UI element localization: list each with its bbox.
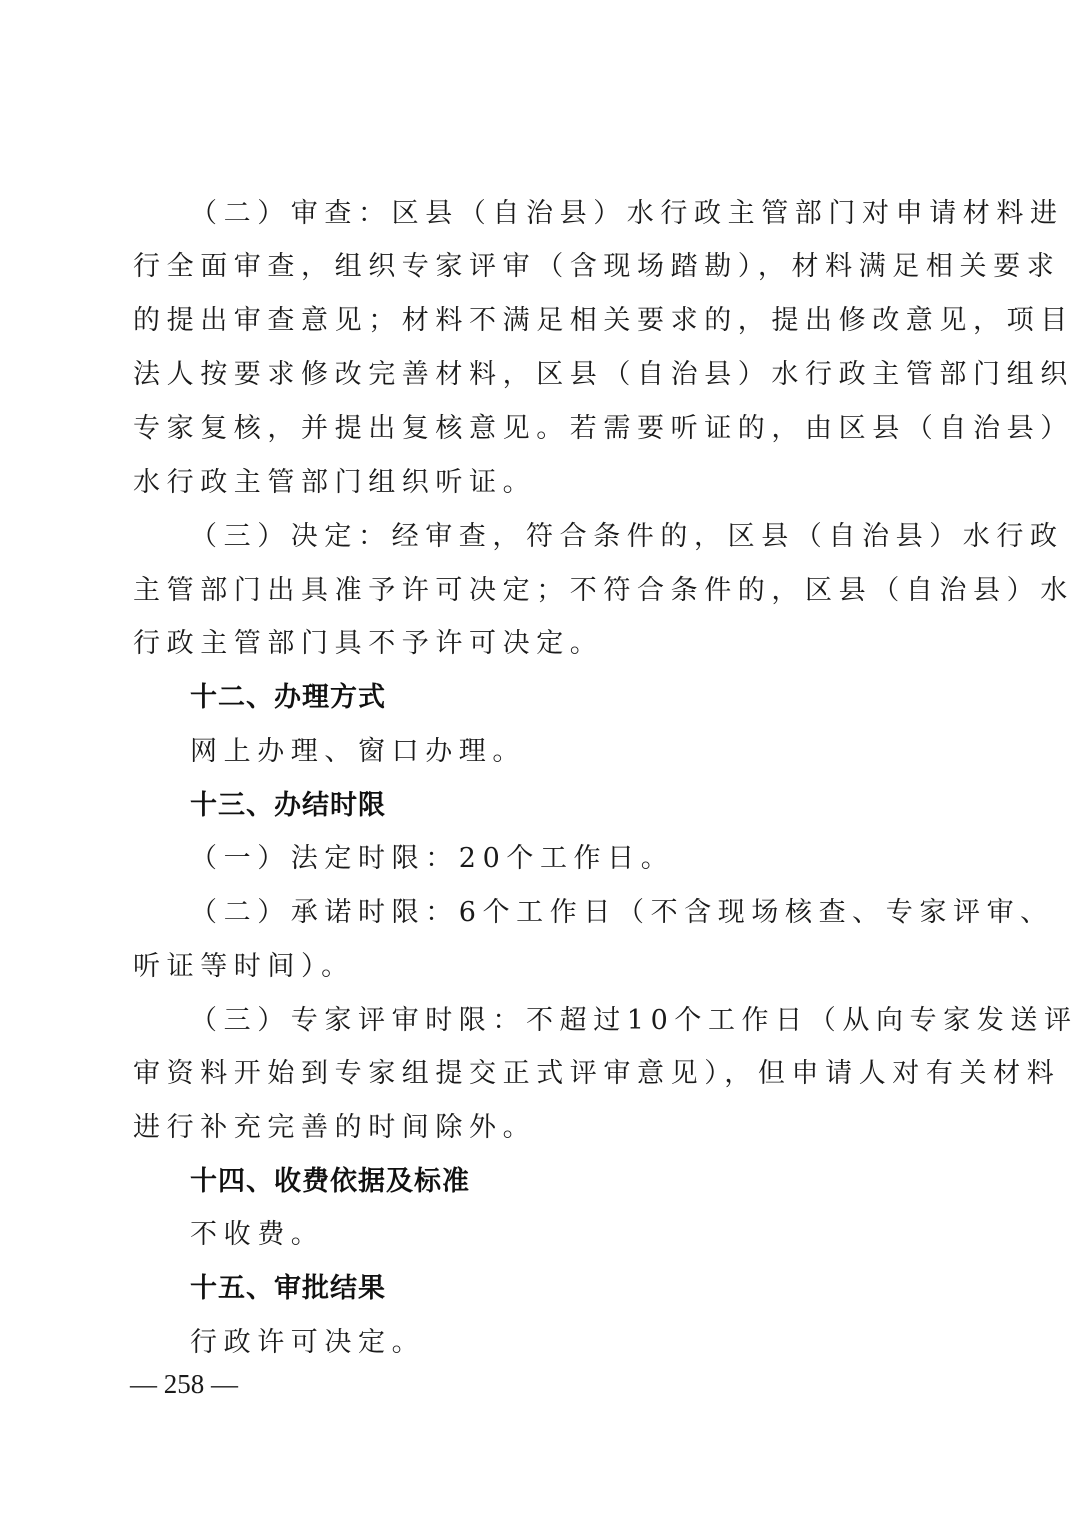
section-12-heading: 十二、办理方式 — [190, 671, 386, 725]
paragraph-review-line-1: （二）审查：区县（自治县）水行政主管部门对申请材料进 — [190, 187, 945, 241]
paragraph-decision-line-1: （三）决定：经审查，符合条件的，区县（自治县）水行政 — [190, 510, 945, 564]
section-13-item-2-line-1: （二）承诺时限：6个工作日（不含现场核查、专家评审、 — [190, 886, 945, 940]
paragraph-review-line-6: 水行政主管部门组织听证。 — [133, 456, 945, 510]
section-13-item-1: （一）法定时限：20个工作日。 — [190, 832, 945, 886]
section-13-item-2-line-2: 听证等时间）。 — [133, 940, 945, 994]
section-15-heading: 十五、审批结果 — [190, 1262, 386, 1316]
section-12-body: 网上办理、窗口办理。 — [190, 725, 945, 779]
paragraph-review-line-5: 专家复核，并提出复核意见。若需要听证的，由区县（自治县） — [133, 402, 945, 456]
section-14-heading: 十四、收费依据及标准 — [190, 1155, 470, 1209]
paragraph-review-line-4: 法人按要求修改完善材料，区县（自治县）水行政主管部门组织 — [133, 348, 945, 402]
section-13-heading: 十三、办结时限 — [190, 779, 386, 833]
section-13-item-3-line-3: 进行补充完善的时间除外。 — [133, 1101, 945, 1155]
section-15-body: 行政许可决定。 — [190, 1316, 945, 1370]
paragraph-review-line-2: 行全面审查，组织专家评审（含现场踏勘），材料满足相关要求 — [133, 240, 945, 294]
section-13-item-3-line-1: （三）专家评审时限：不超过10个工作日（从向专家发送评 — [190, 994, 945, 1048]
paragraph-decision-line-3: 行政主管部门具不予许可决定。 — [133, 617, 945, 671]
section-14-body: 不收费。 — [190, 1208, 945, 1262]
paragraph-decision-line-2: 主管部门出具准予许可决定；不符合条件的，区县（自治县）水 — [133, 564, 945, 618]
document-page: （二）审查：区县（自治县）水行政主管部门对申请材料进 行全面审查，组织专家评审（… — [0, 0, 1074, 1520]
page-number: — 258 — — [130, 1364, 238, 1404]
section-13-item-3-line-2: 审资料开始到专家组提交正式评审意见），但申请人对有关材料 — [133, 1047, 945, 1101]
paragraph-review-line-3: 的提出审查意见；材料不满足相关要求的，提出修改意见，项目 — [133, 294, 945, 348]
